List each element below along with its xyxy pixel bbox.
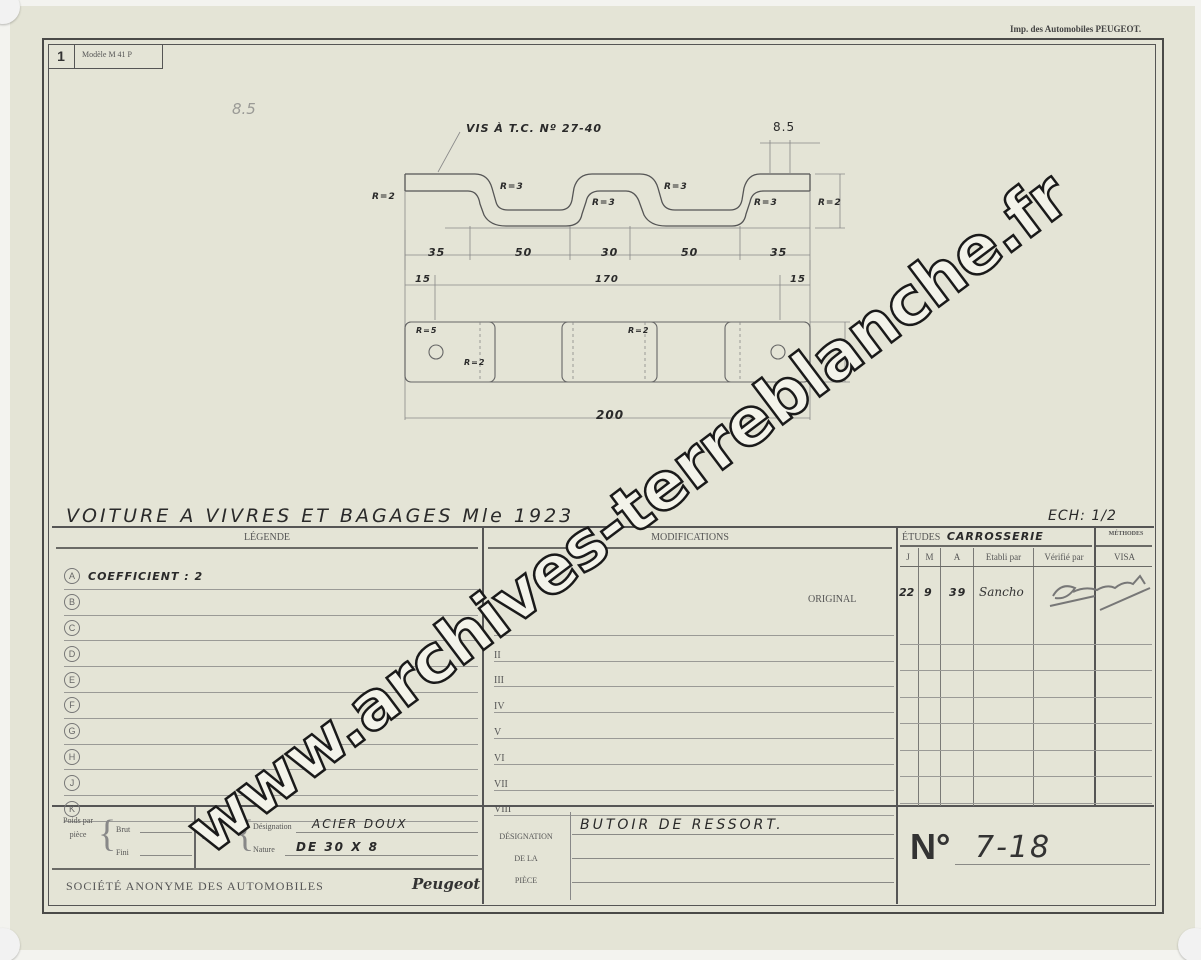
etudes-rows bbox=[900, 618, 1152, 804]
modification-label: VI bbox=[494, 753, 505, 764]
etudes-row bbox=[900, 777, 1152, 804]
material-nature: DE 30 X 8 bbox=[296, 840, 379, 854]
plan-radius-3: R=2 bbox=[628, 326, 649, 335]
radius-4: R=3 bbox=[754, 198, 778, 208]
legend-key-icon: B bbox=[64, 594, 80, 610]
part-number: 7-18 bbox=[975, 830, 1051, 865]
fini-line bbox=[140, 855, 192, 856]
entry-j: 22 bbox=[899, 586, 914, 599]
designation-line bbox=[572, 834, 894, 835]
brut-label: Brut bbox=[116, 825, 130, 834]
radius-1: R=3 bbox=[500, 182, 524, 192]
modification-label: III bbox=[494, 675, 504, 686]
scale: ECH: 1/2 bbox=[1048, 508, 1117, 524]
divider bbox=[896, 526, 898, 904]
dim-35-right: 35 bbox=[770, 246, 787, 259]
original-label: ORIGINAL bbox=[808, 594, 856, 605]
legend-key-icon: E bbox=[64, 672, 80, 688]
etudes-dept: CARROSSERIE bbox=[947, 530, 1044, 543]
legend-key-icon: A bbox=[64, 568, 80, 584]
etudes-row bbox=[900, 698, 1152, 725]
modification-label: VIII bbox=[494, 804, 511, 815]
col-etabli: Etabli par bbox=[974, 552, 1033, 562]
col-m: M bbox=[919, 552, 940, 562]
label-line: PIÈCE bbox=[488, 870, 564, 892]
part-designation: BUTOIR DE RESSORT. bbox=[580, 817, 784, 833]
modifications-list: I II III IV V VI VII VIII bbox=[494, 610, 894, 816]
modification-label: VII bbox=[494, 779, 508, 790]
dim-50-left: 50 bbox=[515, 246, 532, 259]
company-name: SOCIÉTÉ ANONYME DES AUTOMOBILES bbox=[66, 879, 324, 894]
dim-35-left: 35 bbox=[428, 246, 445, 259]
etudes-header: ÉTUDES CARROSSERIE bbox=[902, 530, 1044, 543]
etudes-row bbox=[900, 618, 1152, 645]
entry-m: 9 bbox=[924, 586, 933, 599]
etudes-label: ÉTUDES bbox=[902, 532, 940, 543]
signature-icon bbox=[1045, 570, 1155, 615]
dim-15-right: 15 bbox=[790, 274, 806, 285]
fini-label: Fini bbox=[116, 848, 129, 857]
dim-15-left: 15 bbox=[415, 274, 431, 285]
legend-key-icon: J bbox=[64, 775, 80, 791]
divider bbox=[56, 547, 478, 549]
legend-key-icon: D bbox=[64, 646, 80, 662]
modification-row: VIII bbox=[494, 791, 894, 817]
legend-key-icon: C bbox=[64, 620, 80, 636]
label-line: DÉSIGNATION bbox=[488, 826, 564, 848]
modification-row: VI bbox=[494, 739, 894, 765]
legend-row: ACOEFFICIENT : 2 bbox=[64, 564, 478, 590]
modification-row: IV bbox=[494, 687, 894, 713]
dim-200: 200 bbox=[596, 408, 624, 422]
material-designation: ACIER DOUX bbox=[312, 817, 408, 831]
nature-label: Nature bbox=[253, 845, 275, 854]
dim-30: 30 bbox=[601, 246, 618, 259]
radius-3: R=3 bbox=[664, 182, 688, 192]
pin-bottom-right bbox=[1178, 928, 1201, 960]
etudes-row bbox=[900, 671, 1152, 698]
col-a: A bbox=[941, 552, 973, 562]
dim-50-right: 50 bbox=[681, 246, 698, 259]
peugeot-logo: Peugeot bbox=[412, 875, 480, 893]
legend-key-icon: F bbox=[64, 697, 80, 713]
dim-170: 170 bbox=[595, 274, 619, 285]
entry-a: 39 bbox=[949, 586, 966, 599]
modification-row: II bbox=[494, 636, 894, 662]
plan-radius-1: R=5 bbox=[416, 326, 437, 335]
model-ref: Modèle M 41 P bbox=[82, 50, 132, 59]
divider bbox=[52, 868, 482, 870]
legend-key-icon: H bbox=[64, 749, 80, 765]
modification-label: V bbox=[494, 727, 501, 738]
label-line: DE LA bbox=[488, 848, 564, 870]
sheet-id-box: 1 Modèle M 41 P bbox=[48, 44, 163, 69]
plan-radius-2: R=2 bbox=[464, 358, 485, 367]
brut-line bbox=[140, 832, 192, 833]
designation-line bbox=[572, 882, 894, 883]
modification-row: VII bbox=[494, 765, 894, 791]
etudes-row bbox=[900, 724, 1152, 751]
designation-line bbox=[572, 858, 894, 859]
part-number-line bbox=[955, 864, 1150, 865]
nature-line bbox=[285, 855, 478, 856]
col-visa: VISA bbox=[1095, 552, 1154, 562]
divider bbox=[900, 545, 1092, 547]
legend-text: COEFFICIENT : 2 bbox=[88, 570, 203, 583]
legend-row: B bbox=[64, 590, 478, 616]
dim-8-5: 8.5 bbox=[773, 120, 795, 134]
col-j: J bbox=[898, 552, 918, 562]
divider bbox=[570, 812, 571, 900]
screw-callout: VIS À T.C. Nº 27-40 bbox=[466, 122, 602, 135]
entry-etabli-par: Sancho bbox=[979, 585, 1024, 599]
designation-line bbox=[296, 832, 478, 833]
weight-label: Poids par pièce bbox=[60, 814, 96, 842]
vehicle-title: VOITURE A VIVRES ET BAGAGES Mle 1923 bbox=[66, 505, 574, 527]
modification-label: IV bbox=[494, 701, 505, 712]
modification-row: V bbox=[494, 713, 894, 739]
modification-row: III bbox=[494, 662, 894, 688]
pencil-note: 8.5 bbox=[232, 100, 256, 118]
radius-2: R=3 bbox=[592, 198, 616, 208]
part-designation-label: DÉSIGNATION DE LA PIÈCE bbox=[488, 826, 564, 892]
sheet-number: 1 bbox=[48, 44, 75, 68]
divider bbox=[900, 566, 1152, 567]
radius-right: R=2 bbox=[818, 198, 842, 208]
methodes-label: MÉTHODES bbox=[1098, 531, 1154, 537]
brace-icon: { bbox=[98, 812, 116, 856]
legend-header: LÉGENDE bbox=[52, 532, 482, 543]
radius-left: R=2 bbox=[372, 192, 396, 202]
part-number-prefix: N° bbox=[910, 826, 950, 868]
col-verifie: Vérifié par bbox=[1034, 552, 1094, 562]
etudes-row bbox=[900, 645, 1152, 672]
legend-key-icon: G bbox=[64, 723, 80, 739]
divider bbox=[1096, 545, 1152, 547]
etudes-row bbox=[900, 751, 1152, 778]
printer-credit: Imp. des Automobiles PEUGEOT. bbox=[1010, 24, 1141, 34]
